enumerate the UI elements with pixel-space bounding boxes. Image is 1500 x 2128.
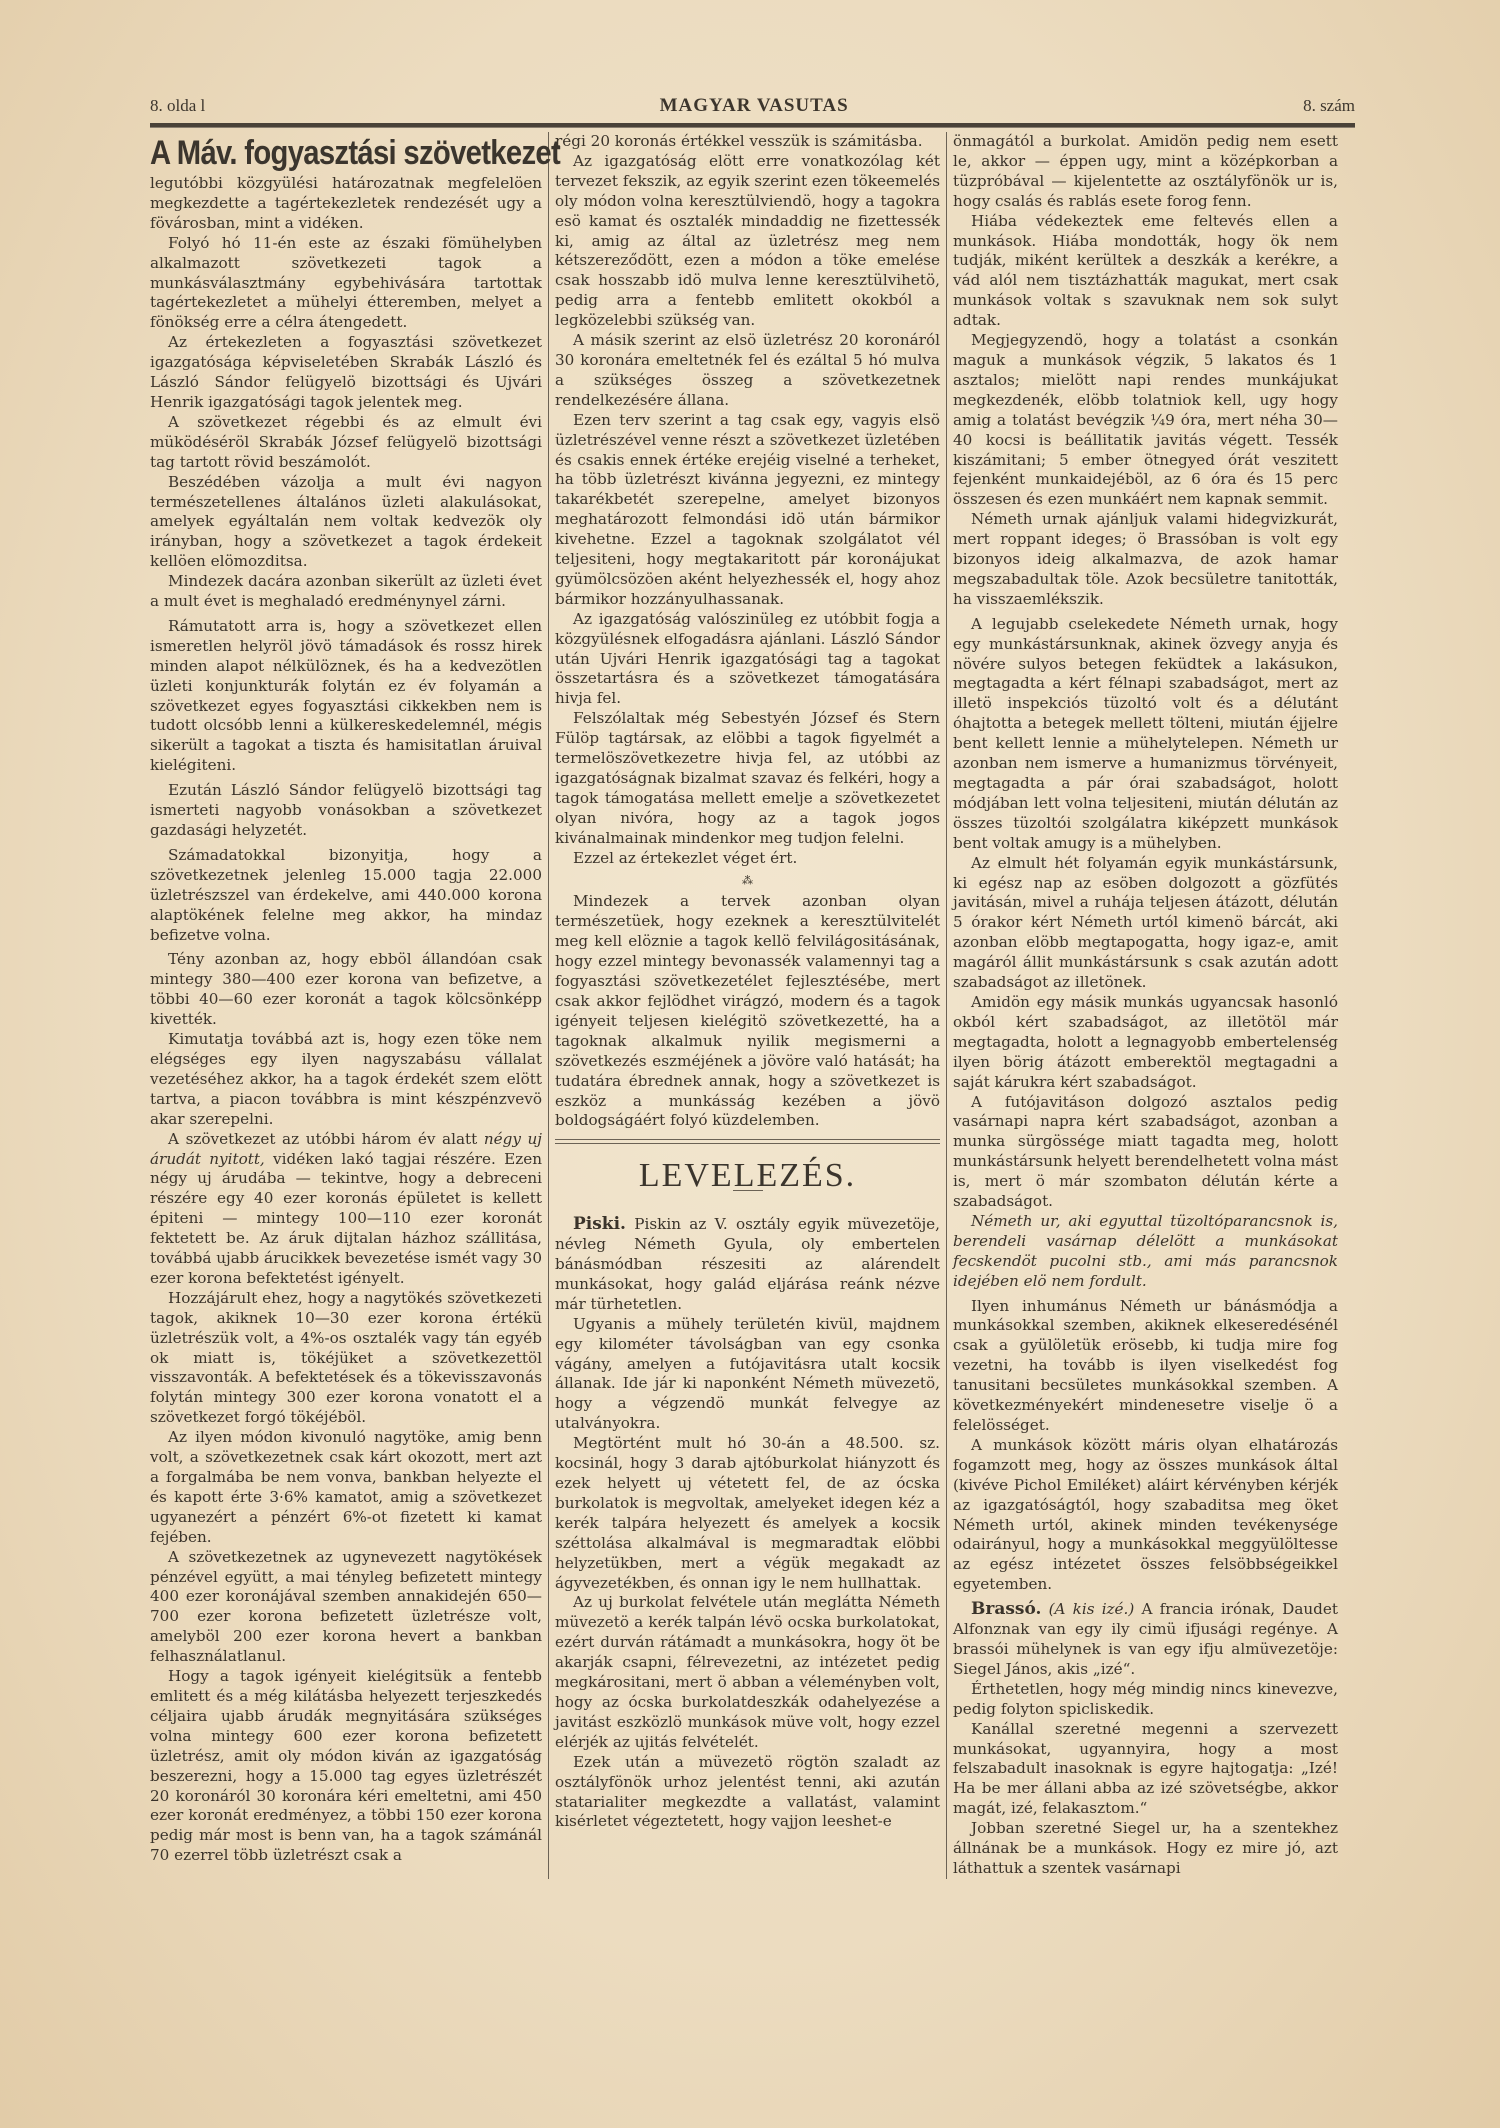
paragraph: Amidön egy másik munkás ugyancsak hasonl… [953,993,1338,1093]
paragraph: Ezzel az értekezlet véget ért. [555,849,940,869]
paragraph: A legujabb cselekedete Németh urnak, hog… [953,615,1338,854]
dispatch-lead: Brassó. [971,1599,1041,1619]
paragraph: Az uj burkolat felvétele után meglátta N… [555,1593,940,1752]
paragraph: Mindezek a tervek azonban olyan természe… [555,892,940,1131]
paragraph: Ezután László Sándor felügyelö bizottság… [150,781,542,841]
paragraph: Megjegyzendö, hogy a tolatást a csonkán … [953,331,1338,510]
paragraph: Mindezek dacára azonban sikerült az üzle… [150,572,542,612]
paragraph: Tény azonban az, hogy ebböl állandóan cs… [150,950,542,1030]
paragraph: régi 20 koronás értékkel vesszük is szám… [555,132,940,152]
paragraph: Felszólaltak még Sebestyén József és Ste… [555,709,940,848]
italic-text: Németh ur, aki egyuttal tüzoltóparancsno… [953,1212,1338,1290]
paragraph: Az igazgatóság elött erre vonatkozólag k… [555,152,940,331]
paragraph: Folyó hó 11-én este az északi fömühelybe… [150,234,542,334]
paragraph: Ugyanis a mühely területén kivül, majdne… [555,1315,940,1434]
paragraph: Az ilyen módon kivonuló nagytöke, amig b… [150,1428,542,1547]
italic-paragraph: Németh ur, aki egyuttal tüzoltóparancsno… [953,1212,1338,1292]
text: vidéken lakó tagjai [265,1150,426,1168]
paragraph: Számadatokkal bizonyitja, hogy a szövetk… [150,846,542,946]
paragraph: Hozzájárult ehez, hogy a nagytökés szöve… [150,1289,542,1428]
paragraph: Jobban szeretné Siegel ur, ha a szentekh… [953,1819,1338,1879]
section-rule [555,1139,940,1144]
paragraph: Rámutatott arra is, hogy a szövetkezet e… [150,617,542,776]
paragraph-with-italic: A szövetkezet az utóbbi három év alatt n… [150,1130,542,1289]
section-title: LEVELEZÉS. [555,1166,940,1186]
paragraph: A szövetkezetnek az ugynevezett nagytöké… [150,1548,542,1667]
dispatch-subtitle: (A kis izé.) [1049,1600,1135,1618]
paragraph: A szövetkezet régebbi és az elmult évi m… [150,413,542,473]
paragraph: Ezen terv szerint a tag csak egy, vagyis… [555,411,940,610]
column-3: önmagától a burkolat. Amidön pedig nem e… [946,132,1344,1879]
paragraph: Az elmult hét folyamán egyik munkástársu… [953,854,1338,993]
paragraph: legutóbbi közgyülési határozatnak megfel… [150,174,542,234]
issue-number: 8. szám [1303,96,1355,116]
paragraph: önmagától a burkolat. Amidön pedig nem e… [953,132,1338,212]
dispatch-paragraph: Piski. Piskin az V. osztály egyik müveze… [555,1215,940,1315]
paragraph: A munkások között máris olyan elhatározá… [953,1436,1338,1595]
paragraph: A futójavitáson dolgozó asztalos pedig v… [953,1093,1338,1212]
paragraph: Megtörtént mult hó 30-án a 48.500. sz. k… [555,1434,940,1593]
dispatch-paragraph: Brassó. (A kis izé.) A francia irónak, D… [953,1600,1338,1680]
paragraph: Kanállal szeretné megenni a szervezett m… [953,1720,1338,1820]
paragraph: Ilyen inhumánus Németh ur bánásmódja a m… [953,1297,1338,1436]
columns: A Máv. fogyasztási szövetkezet legutóbbi… [150,132,1355,1879]
column-2: régi 20 koronás értékkel vesszük is szám… [548,132,946,1879]
paragraph: Az értekezleten a fogyasztási szövetkeze… [150,333,542,413]
paragraph: Hogy a tagok igényeit kielégitsük a fent… [150,1667,542,1866]
paragraph: Az igazgatóság valószinüleg ez utóbbit f… [555,610,940,710]
separator-asterism: ⁂ [555,871,940,891]
paragraph: Érthetetlen, hogy még mindig nincs kinev… [953,1680,1338,1720]
header-rule [150,123,1355,128]
column-1: A Máv. fogyasztási szövetkezet legutóbbi… [150,132,548,1879]
paragraph: Németh urnak ajánljuk valami hidegvizkur… [953,510,1338,610]
text: részére. Ezen négy uj árudába — tekintve… [150,1150,542,1287]
paragraph: Beszédében vázolja a mult évi nagyon ter… [150,473,542,573]
page-number: 8. olda l [150,96,205,116]
paragraph: Kimutatja továbbá azt is, hogy ezen töke… [150,1030,542,1130]
text: A szövetkezet az utóbbi három év alatt [168,1130,477,1148]
running-head: 8. olda l MAGYAR VASUTAS 8. szám [150,95,1355,117]
masthead: MAGYAR VASUTAS [660,95,849,117]
newspaper-page: 8. olda l MAGYAR VASUTAS 8. szám A Máv. … [150,95,1355,1879]
paragraph: Hiába védekeztek eme feltevés ellen a mu… [953,212,1338,331]
paragraph: A másik szerint az elsö üzletrész 20 kor… [555,331,940,411]
paragraph: Ezek után a müvezetö rögtön szaladt az o… [555,1753,940,1833]
article-headline: A Máv. fogyasztási szövetkezet [150,134,487,172]
dispatch-lead: Piski. [573,1214,626,1234]
